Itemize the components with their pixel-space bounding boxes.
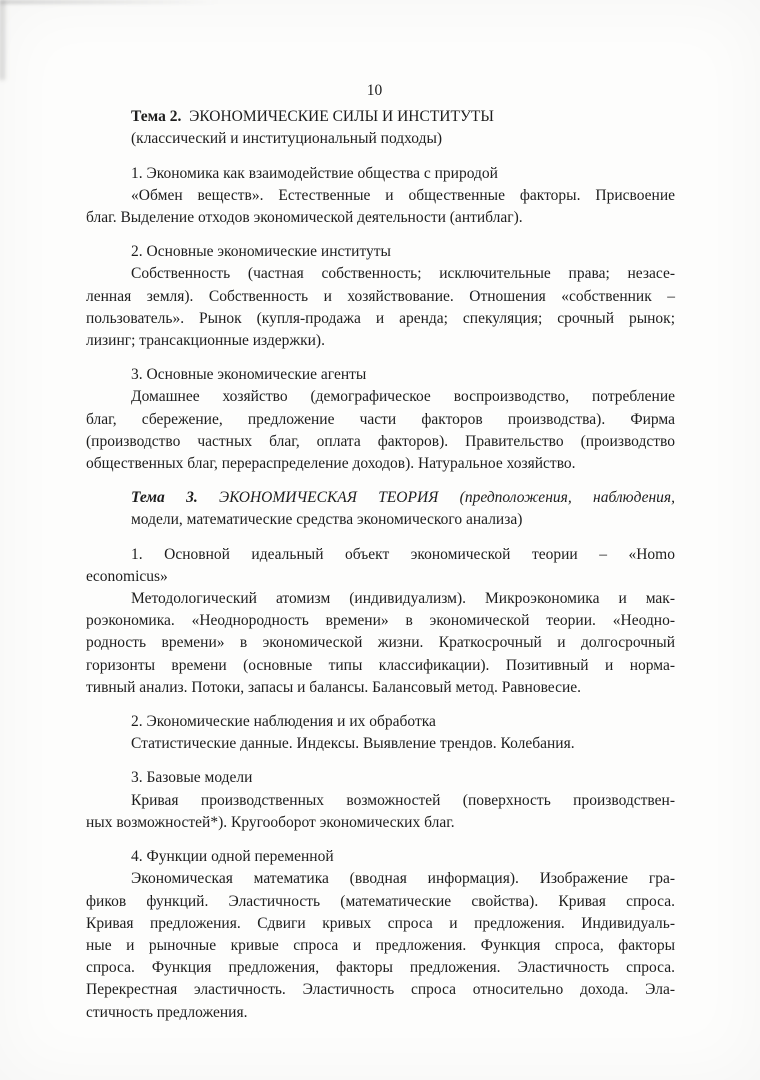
text-line: Собственность (частная собственность; ис… [86,263,675,285]
text-line: 2. Экономические наблюдения и их обработ… [86,711,675,733]
text-run: Кривая предложения. Сдвиги кривых спроса… [86,915,675,932]
paragraph: Методологический атомизм (индивидуализм)… [86,588,675,699]
paragraph: Домашнее хозяйство (демографическое восп… [86,386,675,475]
text-line: стичность предложения. [86,1002,675,1024]
text-line: фиков функций. Эластичность (математичес… [86,891,675,913]
text-run: Тема 3. [131,489,198,506]
text-run: 1. Основной идеальный объект экономическ… [131,546,675,563]
item-title: 3. Базовые модели [86,767,675,789]
text-run: тивный анализ. Потоки, запасы и балансы.… [86,679,581,696]
text-line: ные и рыночные кривые спроса и предложен… [86,935,675,957]
text-line: 3. Базовые модели [86,767,675,789]
text-line: 3. Основные экономические агенты [86,364,675,386]
text-run: стичность предложения. [86,1004,247,1021]
text-line: Методологический атомизм (индивидуализм)… [86,588,675,610]
text-run: роэкономика. «Неоднородность времени» в … [86,612,675,629]
item-title: 2. Экономические наблюдения и их обработ… [86,711,675,733]
text-run: (классический и институциональный подход… [131,130,442,147]
text-line: 4. Функции одной переменной [86,846,675,868]
paragraph: Собственность (частная собственность; ис… [86,263,675,352]
text-line: Тема 3. ЭКОНОМИЧЕСКАЯ ТЕОРИЯ (предположе… [86,487,675,509]
text-run: Перекрестная эластичность. Эластичность … [86,981,675,998]
text-run: ленная земля). Собственность и хозяйство… [86,288,675,305]
theme-heading: Тема 3. ЭКОНОМИЧЕСКАЯ ТЕОРИЯ (предположе… [86,487,675,531]
text-run: «Обмен веществ». Естественные и обществе… [131,187,675,204]
item-title: 2. Основные экономические институты [86,241,675,263]
text-run: ные и рыночные кривые спроса и предложен… [86,937,675,954]
text-line: Кривая производственных возможностей (по… [86,790,675,812]
text-run: фиков функций. Эластичность (математичес… [86,893,675,910]
text-run: ЭКОНОМИЧЕСКИЕ СИЛЫ И ИНСТИТУТЫ [181,108,494,125]
text-run: 2. Основные экономические институты [131,243,391,260]
scan-edge-artifact-left [0,0,7,80]
scan-edge-artifact-top [0,0,220,4]
text-run: economicus» [86,568,168,585]
text-line: благ, сбережение, предложение части факт… [86,409,675,431]
text-run: модели, математические средства экономич… [131,511,522,528]
text-line: Статистические данные. Индексы. Выявлени… [86,733,675,755]
document-page: 10 Тема 2. ЭКОНОМИЧЕСКИЕ СИЛЫ И ИНСТИТУТ… [0,0,760,1080]
text-line: пользователь». Рынок (купля-продажа и ар… [86,308,675,330]
text-run: благ, сбережение, предложение части факт… [86,411,675,428]
text-line: Домашнее хозяйство (демографическое восп… [86,386,675,408]
text-line: спроса. Функция предложения, факторы пре… [86,957,675,979]
text-line: Тема 2. ЭКОНОМИЧЕСКИЕ СИЛЫ И ИНСТИТУТЫ [86,106,675,128]
text-run: Кривая производственных возможностей (по… [131,792,675,809]
text-line: общественных благ, перераспределение дох… [86,453,675,475]
item-title: 1. Экономика как взаимодействие общества… [86,163,675,185]
text-line: горизонты времени (основные типы классиф… [86,655,675,677]
text-run: пользователь». Рынок (купля-продажа и ар… [86,310,675,327]
paragraph: «Обмен веществ». Естественные и обществе… [86,185,675,229]
text-run: 4. Функции одной переменной [131,848,334,865]
text-run: лизинг; трансакционные издержки). [86,332,325,349]
text-line: модели, математические средства экономич… [86,509,675,531]
text-run: Собственность (частная собственность; ис… [131,265,675,282]
text-run: 3. Основные экономические агенты [131,366,366,383]
text-line: родность времени» в экономической жизни.… [86,632,675,654]
text-run: (производство частных благ, оплата факто… [86,433,675,450]
item-title: 3. Основные экономические агенты [86,364,675,386]
content-area: 10 Тема 2. ЭКОНОМИЧЕСКИЕ СИЛЫ И ИНСТИТУТ… [86,80,675,1024]
text-line: (производство частных благ, оплата факто… [86,431,675,453]
text-line: «Обмен веществ». Естественные и обществе… [86,185,675,207]
text-run: Домашнее хозяйство (демографическое восп… [131,388,675,405]
text-run: общественных благ, перераспределение дох… [86,455,576,472]
text-line: Кривая предложения. Сдвиги кривых спроса… [86,913,675,935]
text-run: Тема 2. [131,108,181,125]
text-run: 3. Базовые модели [131,769,252,786]
text-run: 2. Экономические наблюдения и их обработ… [131,713,436,730]
text-run: ЭКОНОМИЧЕСКАЯ ТЕОРИЯ (предположения, наб… [198,489,675,506]
text-line: Перекрестная эластичность. Эластичность … [86,979,675,1001]
text-run: Статистические данные. Индексы. Выявлени… [131,735,575,752]
item-title: 4. Функции одной переменной [86,846,675,868]
text-line: (классический и институциональный подход… [86,128,675,150]
text-run: Экономическая математика (вводная информ… [131,870,675,887]
text-line: ных возможностей*). Кругооборот экономич… [86,812,675,834]
text-run: 1. Экономика как взаимодействие общества… [131,165,498,182]
theme-heading: Тема 2. ЭКОНОМИЧЕСКИЕ СИЛЫ И ИНСТИТУТЫ(к… [86,106,675,150]
text-line: 1. Основной идеальный объект экономическ… [86,544,675,566]
text-run: горизонты времени (основные типы классиф… [86,657,675,674]
paragraph: Кривая производственных возможностей (по… [86,790,675,834]
item-title: 1. Основной идеальный объект экономическ… [86,544,675,588]
text-line: 1. Экономика как взаимодействие общества… [86,163,675,185]
text-run: спроса. Функция предложения, факторы пре… [86,959,675,976]
page-number: 10 [80,80,669,102]
text-line: тивный анализ. Потоки, запасы и балансы.… [86,677,675,699]
text-line: лизинг; трансакционные издержки). [86,330,675,352]
text-line: роэкономика. «Неоднородность времени» в … [86,610,675,632]
text-run: родность времени» в экономической жизни.… [86,634,675,651]
text-run: благ. Выделение отходов экономической де… [86,209,523,226]
text-line: ленная земля). Собственность и хозяйство… [86,286,675,308]
text-line: economicus» [86,566,675,588]
paragraph: Статистические данные. Индексы. Выявлени… [86,733,675,755]
text-line: 2. Основные экономические институты [86,241,675,263]
text-line: благ. Выделение отходов экономической де… [86,207,675,229]
paragraph: Экономическая математика (вводная информ… [86,868,675,1023]
text-line: Экономическая математика (вводная информ… [86,868,675,890]
text-run: ных возможностей*). Кругооборот экономич… [86,814,455,831]
text-run: Методологический атомизм (индивидуализм)… [131,590,675,607]
